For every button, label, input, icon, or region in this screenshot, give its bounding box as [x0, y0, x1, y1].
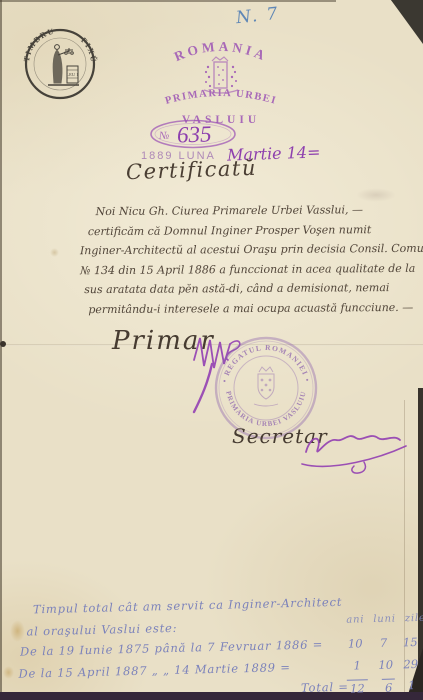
seal-left-text: TIMBRU — [22, 26, 56, 62]
svg-text:ROMANIA: ROMANIA — [172, 39, 270, 64]
col-ani: ani — [346, 614, 364, 625]
svg-text:PRIMARIA URBEI: PRIMARIA URBEI — [164, 88, 278, 107]
total-luni: 6 — [382, 679, 396, 695]
certificate-body: Noi Nicu Gh. Ciurea Primarele Urbei Vass… — [80, 200, 423, 319]
seal-right-text: FIXŬ — [79, 36, 99, 64]
svg-text:TIMBRU: TIMBRU — [22, 26, 56, 62]
secretar-signature — [296, 418, 412, 476]
row2-luni: 10 — [378, 658, 393, 672]
row1-zile: 15 — [403, 635, 418, 649]
notes-row: De la 19 Iunie 1875 până la 7 Fevruar 18… — [20, 637, 323, 658]
seal-figure-icon — [48, 45, 79, 85]
col-luni: luni — [373, 613, 396, 625]
stamp-institution-text: PRIMARIA URBEI — [164, 88, 278, 107]
document-scan: N. 7 TIMBRU FIXŬ LEU 1 ROMANIA — [0, 0, 423, 700]
row1-ani: 10 — [348, 636, 363, 650]
svg-text:FIXŬ: FIXŬ — [79, 36, 99, 64]
notes-row: De la 15 April 1887 „ „ 14 Martie 1889 = — [18, 660, 290, 681]
body-line: Noi Nicu Gh. Ciurea Primarele Urbei Vass… — [96, 200, 423, 222]
notes-line: al oraşului Vaslui este: — [26, 621, 177, 639]
stamp-country-text: ROMANIA — [172, 39, 270, 64]
row2-zile: 29 — [403, 657, 418, 671]
row1-luni: 7 — [380, 636, 388, 650]
round-stamp-crest-icon — [254, 367, 278, 406]
registry-prefix: № — [158, 130, 169, 142]
notes-column-headers: ani luni zile — [346, 613, 423, 626]
body-line: № 134 din 15 April 1886 a funccionat in … — [80, 258, 423, 280]
body-line: permitându-i interesele a mai ocupa acua… — [88, 297, 423, 319]
body-line: Inginer-Architectŭ al acestui Oraşu prin… — [80, 239, 423, 261]
service-time-notes: Timpul total cât am servit ca Inginer-Ar… — [0, 591, 423, 700]
total-label: Total = — [301, 680, 349, 695]
fiscal-seal-icon: TIMBRU FIXŬ LEU 1 — [22, 26, 98, 102]
coat-of-arms-icon — [204, 57, 238, 93]
row2-ani: 1 — [353, 658, 361, 672]
total-zile: 1 — [408, 678, 416, 692]
municipality-heading-stamp: ROMANIA PRIMARIA URBEI VASLUIU — [146, 34, 296, 126]
body-line: sus aratata data pĕn astă-di, când a dem… — [84, 278, 423, 300]
document-title: Certificatŭ — [126, 156, 258, 185]
seal-denomination: LEU 1 — [66, 72, 78, 77]
col-zile: zile — [405, 613, 423, 625]
body-line: certificăm că Domnul Inginer Prosper Voş… — [88, 219, 423, 241]
total-ani: 12 — [347, 679, 368, 695]
